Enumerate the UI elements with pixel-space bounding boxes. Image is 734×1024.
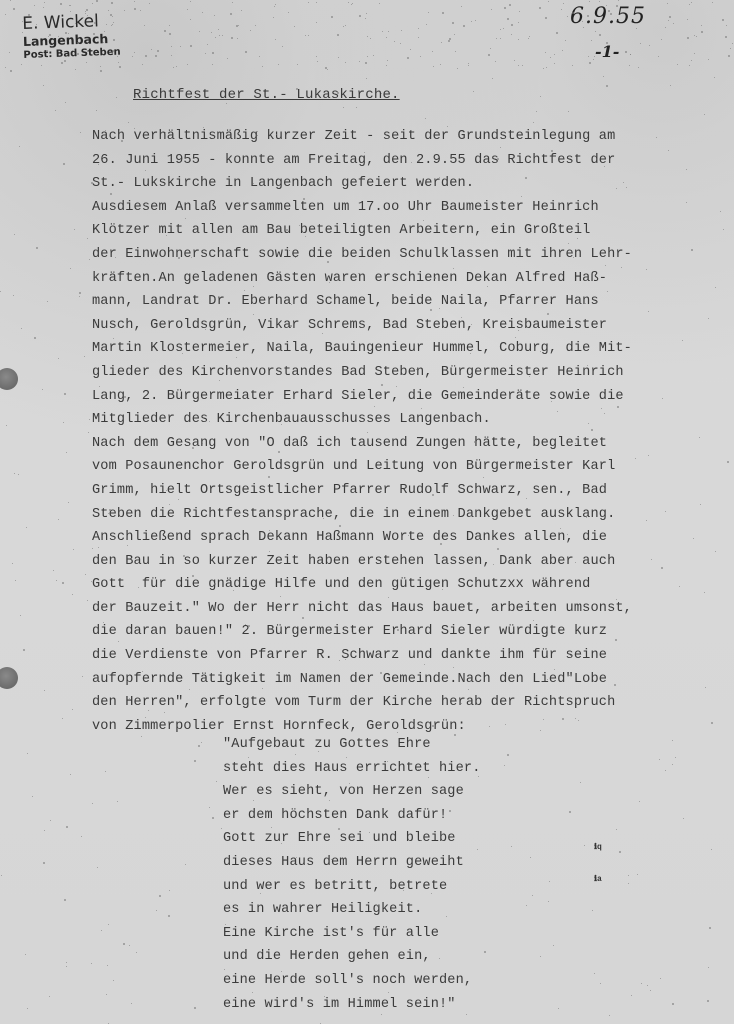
text-line: Gott für die gnädige Hilfe und den gütig… xyxy=(92,573,732,597)
punch-hole xyxy=(0,667,18,689)
sender-post: Post: Bad Steben xyxy=(23,46,121,62)
poem-line: und die Herden gehen ein, xyxy=(223,945,481,969)
text-line: die daran bauen!" 2. Bürgermeister Erhar… xyxy=(92,620,732,644)
poem-line: dieses Haus dem Herrn geweiht xyxy=(223,851,481,875)
poem-line: eine Herde soll's noch werden, xyxy=(223,969,481,993)
poem-line: Eine Kirche ist's für alle xyxy=(223,922,481,946)
text-line: Martin Klostermeier, Naila, Bauingenieur… xyxy=(92,337,732,361)
punch-hole xyxy=(0,368,18,390)
text-line: Nach dem Gesang von "O daß ich tausend Z… xyxy=(92,432,732,456)
text-line: die Verdienste von Pfarrer R. Schwarz un… xyxy=(92,644,732,668)
text-line: den Herren", erfolgte vom Turm der Kirch… xyxy=(92,691,732,715)
text-line: Grimm, hielt Ortsgeistlicher Pfarrer Rud… xyxy=(92,479,732,503)
text-line: Nusch, Geroldsgrün, Vikar Schrems, Bad S… xyxy=(92,314,732,338)
text-line: mann, Landrat Dr. Eberhard Schamel, beid… xyxy=(92,290,732,314)
text-line: der Einwohnerschaft sowie die beiden Sch… xyxy=(92,243,732,267)
poem-line: Gott zur Ehre sei und bleibe xyxy=(223,827,481,851)
poem-line: er dem höchsten Dank dafür! xyxy=(223,804,481,828)
poem-line: es in wahrer Heiligkeit. xyxy=(223,898,481,922)
poem-line: und wer es betritt, betrete xyxy=(223,875,481,899)
text-line: vom Posaunenchor Geroldsgrün und Leitung… xyxy=(92,455,732,479)
document-page: E. Wickel Langenbach Post: Bad Steben 6.… xyxy=(0,0,734,1024)
margin-mark: ℹa xyxy=(594,874,602,884)
text-line: kräften.An geladenen Gästen waren erschi… xyxy=(92,267,732,291)
text-line: 26. Juni 1955 - konnte am Freitag, den 2… xyxy=(92,149,732,173)
poem-line: steht dies Haus errichtet hier. xyxy=(223,757,481,781)
text-line: Lang, 2. Bürgermeiater Erhard Sieler, di… xyxy=(92,385,732,409)
poem-line: "Aufgebaut zu Gottes Ehre xyxy=(223,733,481,757)
text-line: Nach verhältnismäßig kurzer Zeit - seit … xyxy=(92,125,732,149)
letterhead-stamp: E. Wickel Langenbach Post: Bad Steben xyxy=(22,11,121,62)
document-title: Richtfest der St.- Lukaskirche. xyxy=(133,87,400,103)
poem-line: eine wird's im Himmel sein!" xyxy=(223,993,481,1017)
handwritten-page-number: -1- xyxy=(595,42,619,61)
text-line: Ausdiesem Anlaß versammelten um 17.oo Uh… xyxy=(92,196,732,220)
text-line: glieder des Kirchenvorstandes Bad Steben… xyxy=(92,361,732,385)
body-text: Nach verhältnismäßig kurzer Zeit - seit … xyxy=(92,125,732,738)
text-line: Klötzer mit allen am Bau beteiligten Arb… xyxy=(92,219,732,243)
margin-mark: ℹq xyxy=(594,842,602,852)
handwritten-date: 6.9.55 xyxy=(570,4,646,29)
text-line: Mitglieder des Kirchenbauausschusses Lan… xyxy=(92,408,732,432)
text-line: der Bauzeit." Wo der Herr nicht das Haus… xyxy=(92,597,732,621)
text-line: Anschließend sprach Dekann Haßmann Worte… xyxy=(92,526,732,550)
text-line: aufopfernde Tätigkeit im Namen der Gemei… xyxy=(92,668,732,692)
text-line: Steben die Richtfestansprache, die in ei… xyxy=(92,503,732,527)
poem-verse: "Aufgebaut zu Gottes Ehresteht dies Haus… xyxy=(223,733,481,1016)
text-line: den Bau in so kurzer Zeit haben erstehen… xyxy=(92,550,732,574)
poem-line: Wer es sieht, von Herzen sage xyxy=(223,780,481,804)
text-line: St.- Lukskirche in Langenbach gefeiert w… xyxy=(92,172,732,196)
